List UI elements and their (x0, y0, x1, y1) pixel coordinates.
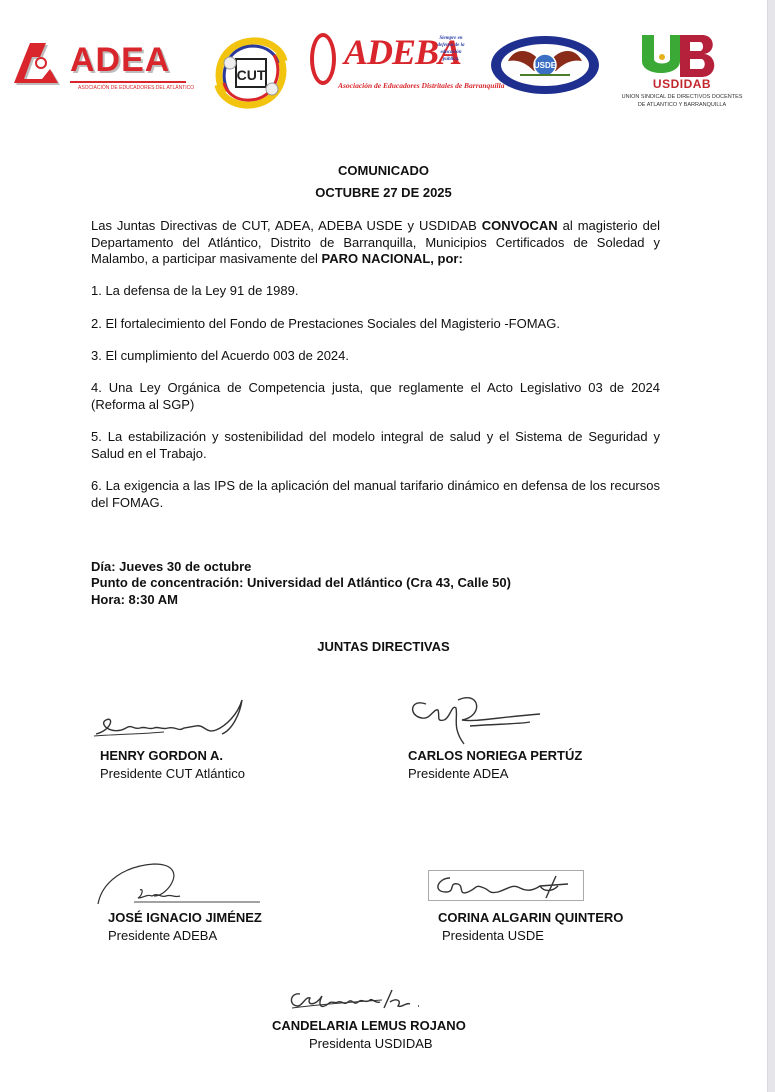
adeba-tagline: Siempre en defensa de la educación públi… (434, 35, 468, 63)
intro-paragraph: Las Juntas Directivas de CUT, ADEA, ADEB… (91, 218, 660, 268)
signature-icon (94, 852, 264, 908)
document-date: OCTUBRE 27 DE 2025 (0, 185, 767, 200)
demand-item-4: 4. Una Ley Orgánica de Competencia justa… (91, 380, 660, 413)
page-edge-scroll-strip (767, 0, 775, 1092)
usdidab-subtitle-line2: DE ATLANTICO Y BARRANQUILLA (612, 101, 752, 109)
signatory-name: CORINA ALGARIN QUINTERO (438, 910, 623, 925)
signatories-heading: JUNTAS DIRECTIVAS (0, 639, 767, 654)
signatory-role: Presidenta USDIDAB (309, 1036, 433, 1051)
usde-seal-icon: USDE (490, 35, 600, 95)
usde-logo: USDE (490, 35, 600, 95)
signatory-name: JOSÉ IGNACIO JIMÉNEZ (108, 910, 262, 925)
usdidab-wordmark: USDIDAB (612, 77, 752, 91)
demand-item-1: 1. La defensa de la Ley 91 de 1989. (91, 283, 660, 300)
document-title: COMUNICADO (0, 163, 767, 178)
cut-logo: CUT (212, 33, 290, 113)
event-day: Día: Jueves 30 de octubre (91, 559, 251, 576)
intro-paro-nacional: PARO NACIONAL, por: (322, 251, 463, 266)
signatory-role: Presidenta USDE (442, 928, 544, 943)
usdidab-logo: USDIDAB UNION SINDICAL DE DIRECTIVOS DOC… (612, 35, 752, 119)
demand-item-6: 6. La exigencia a las IPS de la aplicaci… (91, 478, 660, 511)
intro-convocan: CONVOCAN (482, 218, 558, 233)
event-place: Punto de concentración: Universidad del … (91, 575, 511, 592)
usdidab-subtitle-line1: UNION SINDICAL DE DIRECTIVOS DOCENTES (612, 93, 752, 101)
adeba-seal-icon (310, 33, 336, 85)
demand-item-5: 5. La estabilización y sostenibilidad de… (91, 429, 660, 462)
demand-item-3: 3. El cumplimiento del Acuerdo 003 de 20… (91, 348, 660, 365)
usdidab-ub-mark-icon (640, 35, 716, 77)
logo-header: ADEA ASOCIACIÓN DE EDUCADORES DEL ATLÁNT… (0, 25, 767, 125)
signatory-role: Presidente ADEBA (108, 928, 217, 943)
signatory-role: Presidente ADEA (408, 766, 508, 781)
adeba-subtitle: Asociación de Educadores Distritales de … (338, 81, 504, 90)
adea-wordmark: ADEA (70, 41, 170, 80)
signature-icon (428, 870, 588, 904)
intro-text-1: Las Juntas Directivas de CUT, ADEA, ADEB… (91, 218, 482, 233)
signatory-name: CARLOS NORIEGA PERTÚZ (408, 748, 582, 763)
adea-logo: ADEA ASOCIACIÓN DE EDUCADORES DEL ATLÁNT… (12, 37, 177, 97)
svg-text:USDE: USDE (534, 61, 557, 70)
signature-icon (92, 690, 252, 742)
adea-rule (70, 81, 186, 83)
signature-icon (272, 986, 452, 1012)
demand-item-2: 2. El fortalecimiento del Fondo de Prest… (91, 316, 660, 333)
signatory-name: CANDELARIA LEMUS ROJANO (272, 1018, 466, 1033)
adea-subtitle: ASOCIACIÓN DE EDUCADORES DEL ATLÁNTICO (78, 85, 194, 91)
svg-text:CUT: CUT (237, 67, 266, 83)
signature-icon (400, 688, 550, 746)
cut-emblem-icon: CUT (212, 33, 290, 113)
adea-mark-icon (14, 41, 64, 89)
event-time: Hora: 8:30 AM (91, 592, 178, 609)
signatory-name: HENRY GORDON A. (100, 748, 223, 763)
usdidab-subtitle: UNION SINDICAL DE DIRECTIVOS DOCENTES DE… (612, 93, 752, 109)
adeba-logo: ADEBA Siempre en defensa de la educación… (308, 31, 468, 95)
signatory-role: Presidente CUT Atlántico (100, 766, 245, 781)
